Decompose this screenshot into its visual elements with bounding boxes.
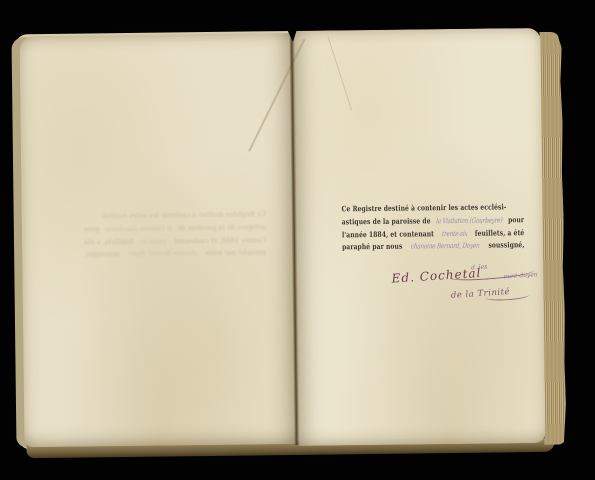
- ghost-line-4: paraphé par nous chanoine Bernard, Doyen…: [84, 248, 267, 263]
- open-register-book: Ce Registre destiné à contenir les actes…: [11, 21, 568, 462]
- signature-annotation-a: d. les: [471, 263, 488, 271]
- photo-background: Ce Registre destiné à contenir les actes…: [0, 0, 595, 480]
- ghost-line4-print-a: paraphé par nous: [206, 248, 266, 258]
- notice-line2-handwriting: la Visitation (Gourbeyre): [436, 216, 503, 225]
- ghost-line1-text: Ce Registre destiné à contenir les actes…: [101, 209, 266, 220]
- ghost-line4-handwriting: chanoine Bernard, Doyen: [128, 250, 198, 259]
- ghost-line2-print-a: astiques de la paroisse de: [177, 222, 266, 232]
- right-page: Ce Registre destiné à contenir les actes…: [293, 28, 545, 446]
- signature-flourish-stroke: [485, 291, 529, 302]
- left-page: Ce Registre destiné à contenir les actes…: [19, 33, 296, 447]
- notice-line-4: paraphé par nous chanoine Bernard, Doyen…: [342, 241, 525, 256]
- ghost-line4-print-b: soussigné,: [84, 249, 120, 258]
- notice-line3-print-b: feuillets, a été: [475, 228, 525, 238]
- ghost-line3-handwriting: trente-six: [140, 237, 167, 245]
- ghost-line3-print-a: l'année 1884, et contenant: [174, 235, 266, 245]
- ghost-line3-print-b: feuillets, a été: [84, 237, 134, 247]
- notice-line1-text: Ce Registre destiné à contenir les actes…: [342, 202, 507, 213]
- ink-bleedthrough-ghost: Ce Registre destiné à contenir les actes…: [84, 209, 267, 265]
- notice-line2-print-b: pour: [508, 215, 524, 224]
- ghost-line2-handwriting: la Visitation (Gourbeyre): [105, 224, 172, 233]
- paper-crease-line: [328, 36, 353, 111]
- notice-line3-print-a: l'année 1884, et contenant: [342, 229, 434, 239]
- notice-line4-print-a: paraphé par nous: [342, 242, 402, 252]
- notice-line4-handwriting: chanoine Bernard, Doyen: [411, 242, 480, 251]
- notice-line2-print-a: astiques de la paroisse de: [342, 216, 431, 226]
- ghost-line2-print-b: pour: [83, 224, 99, 233]
- notice-line3-handwriting: trente-six: [441, 229, 467, 237]
- printed-register-notice: Ce Registre destiné à contenir les actes…: [342, 202, 525, 258]
- notice-line4-print-b: soussigné,: [488, 241, 524, 250]
- signature-annotation-b: curé-doyen: [504, 271, 538, 280]
- handwritten-signature-block: Ed. Cochetal d. les curé-doyen de la Tri…: [385, 260, 548, 322]
